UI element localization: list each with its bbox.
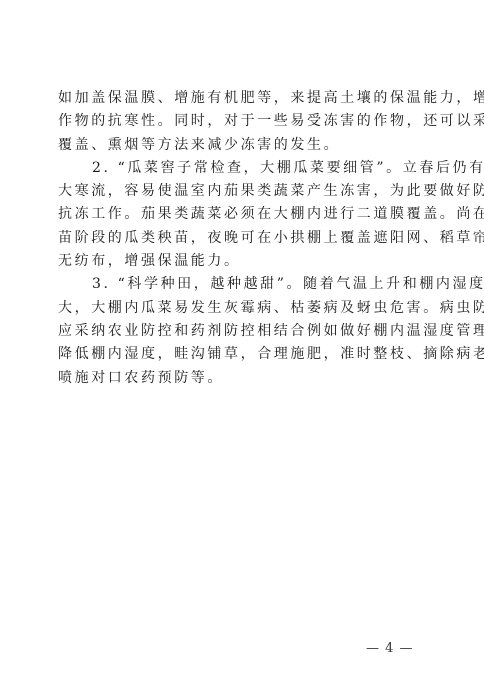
text-line: 无纺布，增强保温能力。 <box>58 250 426 273</box>
text-line: 2. “瓜菜窖子常检查，大棚瓜菜要细管”。立春后仍有较 <box>58 157 426 180</box>
text-line: 抗冻工作。茄果类蔬菜必须在大棚内进行二道膜覆盖。尚在育 <box>58 203 426 226</box>
text-line: 3. “科学种田，越种越甜”。随着气温上升和棚内湿度增 <box>58 273 426 296</box>
paragraph-1: 如加盖保温膜、增施有机肥等，来提高土壤的保温能力，增强 作物的抗寒性。同时，对于… <box>58 87 426 157</box>
text-line: 大，大棚内瓜菜易发生灰霉病、枯萎病及蚜虫危害。病虫防控 <box>58 297 426 320</box>
paragraph-2: 2. “瓜菜窖子常检查，大棚瓜菜要细管”。立春后仍有较 大寒流，容易使温室内茄果… <box>58 157 426 273</box>
body-text: 如加盖保温膜、增施有机肥等，来提高土壤的保温能力，增强 作物的抗寒性。同时，对于… <box>58 87 426 390</box>
text-line: 降低棚内湿度，畦沟铺草，合理施肥，准时整枝、摘除病老叶， <box>58 343 426 366</box>
paragraph-3: 3. “科学种田，越种越甜”。随着气温上升和棚内湿度增 大，大棚内瓜菜易发生灰霉… <box>58 273 426 389</box>
text-line: 苗阶段的瓜类秧苗，夜晚可在小拱棚上覆盖遮阳网、稻草帘或 <box>58 227 426 250</box>
document-page: 如加盖保温膜、增施有机肥等，来提高土壤的保温能力，增强 作物的抗寒性。同时，对于… <box>0 0 484 696</box>
text-line: 作物的抗寒性。同时，对于一些易受冻害的作物，还可以采取 <box>58 110 426 133</box>
text-line: 覆盖、熏烟等方法来减少冻害的发生。 <box>58 134 426 157</box>
text-line: 大寒流，容易使温室内茄果类蔬菜产生冻害，为此要做好防寒 <box>58 180 426 203</box>
text-line: 应采纳农业防控和药剂防控相结合例如做好棚内温湿度管理， <box>58 320 426 343</box>
text-line: 喷施对口农药预防等。 <box>58 367 426 390</box>
page-number: — 4 — <box>366 641 414 656</box>
text-line: 如加盖保温膜、增施有机肥等，来提高土壤的保温能力，增强 <box>58 87 426 110</box>
